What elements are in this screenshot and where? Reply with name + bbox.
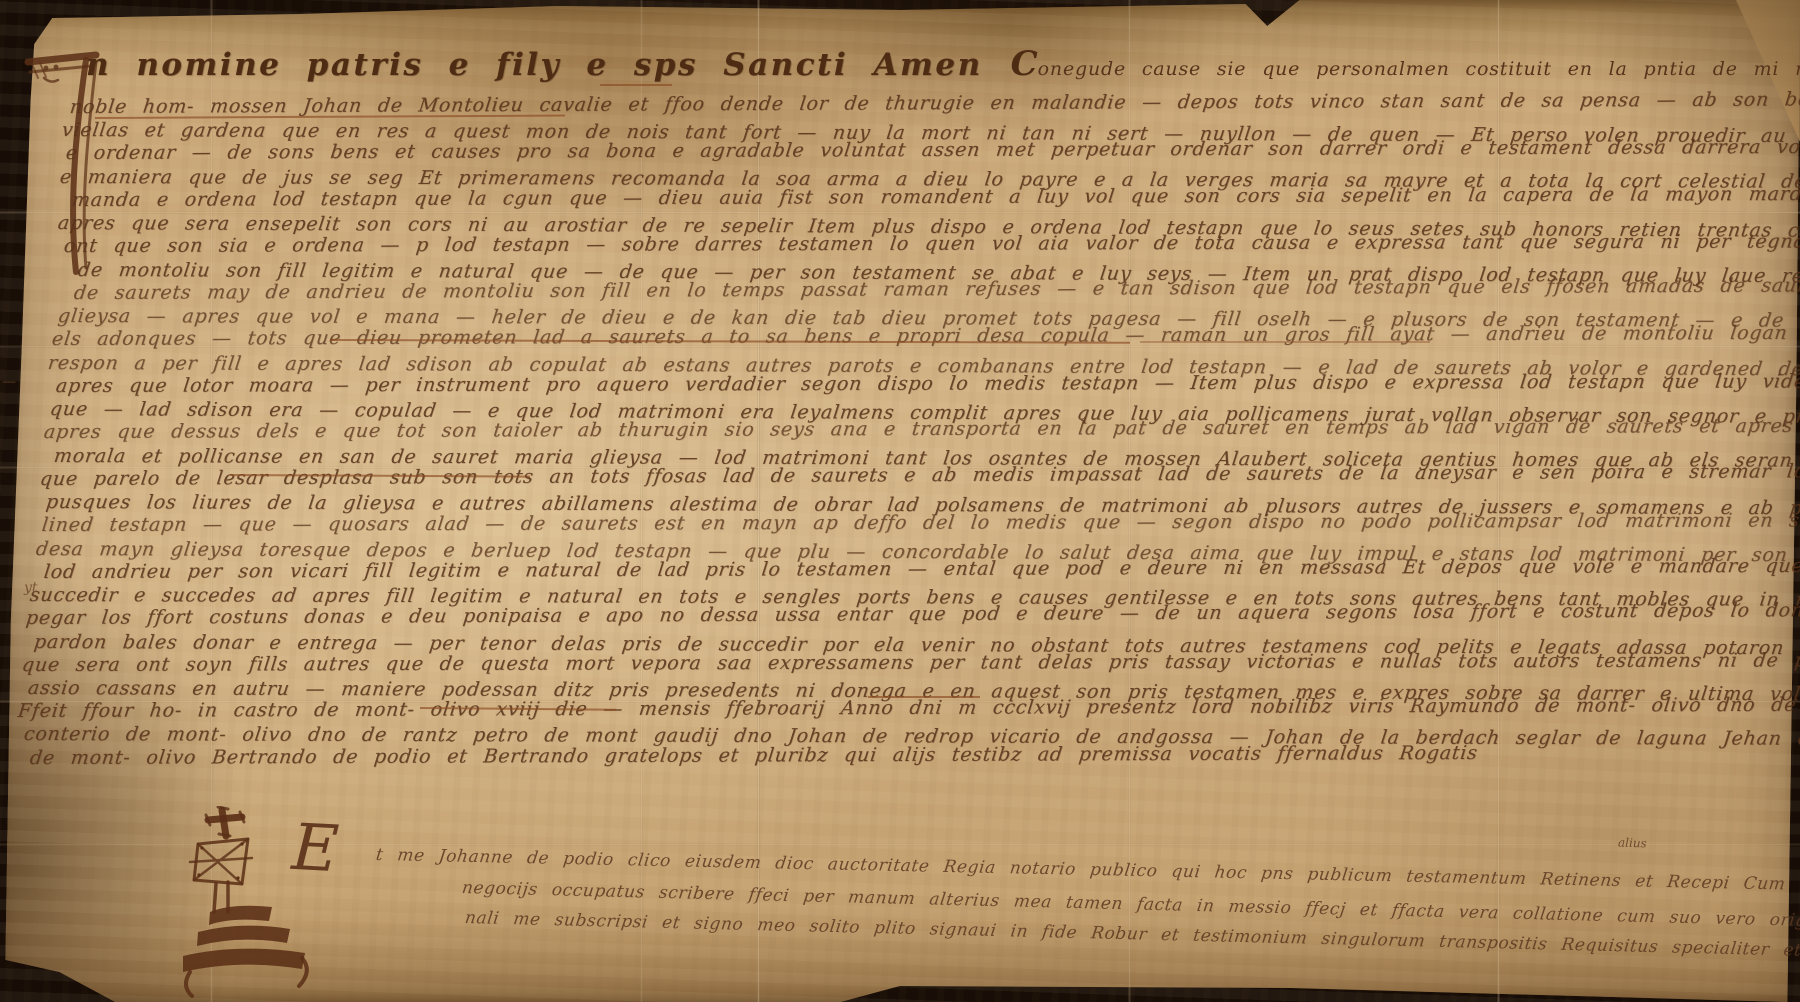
rubric-underline (868, 696, 980, 698)
manuscript-line: apres que lotor moara — per instrument p… (55, 370, 1800, 397)
rubric-underline (600, 84, 672, 86)
manuscript-line: que sera ont soyn fills autres que de qu… (21, 649, 1800, 676)
opening-continuation: onegude cause sie que personalmen costit… (1038, 58, 1800, 80)
margin-annotation: — (2, 374, 16, 390)
conegude-initial: C (1011, 44, 1038, 84)
manuscript-line: ont que son sia e ordena — p lod testapn… (63, 230, 1800, 257)
notary-signum-icon (178, 806, 384, 1002)
superscript-insertion: alius (1618, 836, 1647, 851)
opening-line: n nomine patris e fily e sps Sancti Amen… (86, 44, 1800, 84)
latin-invocation: n nomine patris e fily e sps Sancti Amen (86, 47, 983, 83)
rubric-underline (1140, 341, 1430, 343)
manuscript-line: lined testapn — que — quosars alad — de … (41, 509, 1800, 536)
closing-initial-e: E (290, 811, 341, 887)
margin-annotation: yt (24, 580, 38, 596)
manuscript-photo: n nomine patris e fily e sps Sancti Amen… (0, 0, 1800, 1002)
